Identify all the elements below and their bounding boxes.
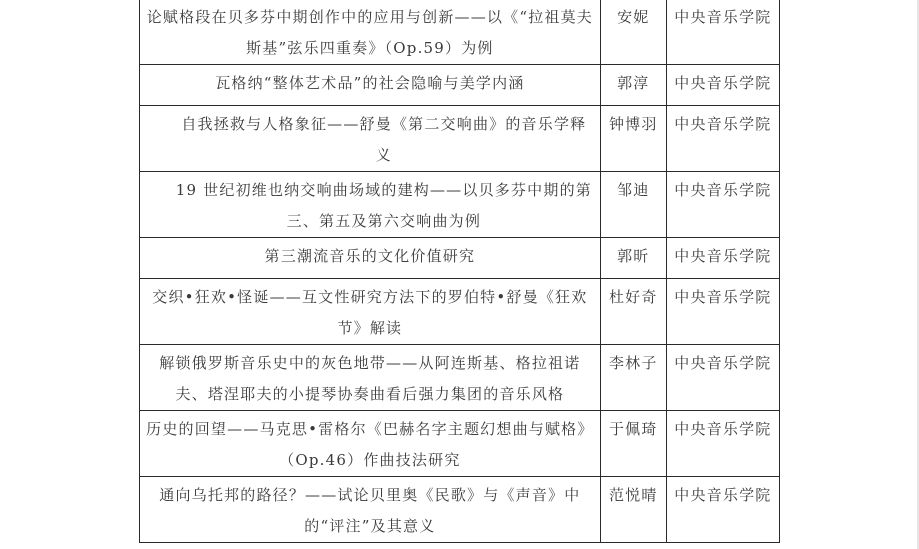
paper-title: 自我拯救与人格象征——舒曼《第二交响曲》的音乐学释义 [146,109,594,171]
paper-title: 第三潮流音乐的文化价值研究 [146,241,594,272]
institution-cell: 中央音乐学院 [666,106,779,172]
paper-title-cell: 通向乌托邦的路径？——试论贝里奥《民歌》与《声音》中的“评注”及其意义 [140,477,601,543]
paper-title-cell: 论赋格段在贝多芬中期创作中的应用与创新——以《“拉祖莫夫斯基”弦乐四重奏》（Op… [140,0,601,65]
papers-table: 论赋格段在贝多芬中期创作中的应用与创新——以《“拉祖莫夫斯基”弦乐四重奏》（Op… [139,0,780,543]
paper-title: 通向乌托邦的路径？——试论贝里奥《民歌》与《声音》中的“评注”及其意义 [146,480,594,542]
author-cell: 郭昕 [600,238,666,279]
table-row: 自我拯救与人格象征——舒曼《第二交响曲》的音乐学释义 钟博羽 中央音乐学院 [140,106,780,172]
table-row: 第三潮流音乐的文化价值研究 郭昕 中央音乐学院 [140,238,780,279]
paper-title-cell: 自我拯救与人格象征——舒曼《第二交响曲》的音乐学释义 [140,106,601,172]
institution-cell: 中央音乐学院 [666,345,779,411]
institution-cell: 中央音乐学院 [666,477,779,543]
institution-cell: 中央音乐学院 [666,65,779,106]
table-row: 交织•狂欢•怪诞——互文性研究方法下的罗伯特•舒曼《狂欢节》解读 杜好奇 中央音… [140,279,780,345]
author-cell: 杜好奇 [600,279,666,345]
table-row: 通向乌托邦的路径？——试论贝里奥《民歌》与《声音》中的“评注”及其意义 范悦晴 … [140,477,780,543]
paper-title: 论赋格段在贝多芬中期创作中的应用与创新——以《“拉祖莫夫斯基”弦乐四重奏》（Op… [146,2,594,64]
author-cell: 郭淳 [600,65,666,106]
paper-title-cell: 瓦格纳“整体艺术品”的社会隐喻与美学内涵 [140,65,601,106]
table-row: 瓦格纳“整体艺术品”的社会隐喻与美学内涵 郭淳 中央音乐学院 [140,65,780,106]
author-cell: 邹迪 [600,172,666,238]
paper-title: 瓦格纳“整体艺术品”的社会隐喻与美学内涵 [146,68,594,99]
paper-title: 历史的回望——马克思•雷格尔《巴赫名字主题幻想曲与赋格》（Op.46）作曲技法研… [146,414,594,476]
paper-title: 解锁俄罗斯音乐史中的灰色地带——从阿连斯基、格拉祖诺夫、塔涅耶夫的小提琴协奏曲看… [146,348,594,410]
table-row: 历史的回望——马克思•雷格尔《巴赫名字主题幻想曲与赋格》（Op.46）作曲技法研… [140,411,780,477]
institution-cell: 中央音乐学院 [666,172,779,238]
institution-cell: 中央音乐学院 [666,411,779,477]
table-row: 论赋格段在贝多芬中期创作中的应用与创新——以《“拉祖莫夫斯基”弦乐四重奏》（Op… [140,0,780,65]
paper-title: 19 世纪初维也纳交响曲场域的建构——以贝多芬中期的第三、第五及第六交响曲为例 [146,175,594,237]
author-cell: 范悦晴 [600,477,666,543]
paper-title: 交织•狂欢•怪诞——互文性研究方法下的罗伯特•舒曼《狂欢节》解读 [146,282,594,344]
institution-cell: 中央音乐学院 [666,279,779,345]
institution-cell: 中央音乐学院 [666,0,779,65]
institution-cell: 中央音乐学院 [666,238,779,279]
document-page: 论赋格段在贝多芬中期创作中的应用与创新——以《“拉祖莫夫斯基”弦乐四重奏》（Op… [0,0,917,549]
paper-title-cell: 解锁俄罗斯音乐史中的灰色地带——从阿连斯基、格拉祖诺夫、塔涅耶夫的小提琴协奏曲看… [140,345,601,411]
paper-title-cell: 第三潮流音乐的文化价值研究 [140,238,601,279]
table-row: 解锁俄罗斯音乐史中的灰色地带——从阿连斯基、格拉祖诺夫、塔涅耶夫的小提琴协奏曲看… [140,345,780,411]
author-cell: 钟博羽 [600,106,666,172]
author-cell: 李林子 [600,345,666,411]
paper-title-cell: 19 世纪初维也纳交响曲场域的建构——以贝多芬中期的第三、第五及第六交响曲为例 [140,172,601,238]
paper-title-cell: 历史的回望——马克思•雷格尔《巴赫名字主题幻想曲与赋格》（Op.46）作曲技法研… [140,411,601,477]
table-row: 19 世纪初维也纳交响曲场域的建构——以贝多芬中期的第三、第五及第六交响曲为例 … [140,172,780,238]
author-cell: 安妮 [600,0,666,65]
paper-title-cell: 交织•狂欢•怪诞——互文性研究方法下的罗伯特•舒曼《狂欢节》解读 [140,279,601,345]
author-cell: 于佩琦 [600,411,666,477]
